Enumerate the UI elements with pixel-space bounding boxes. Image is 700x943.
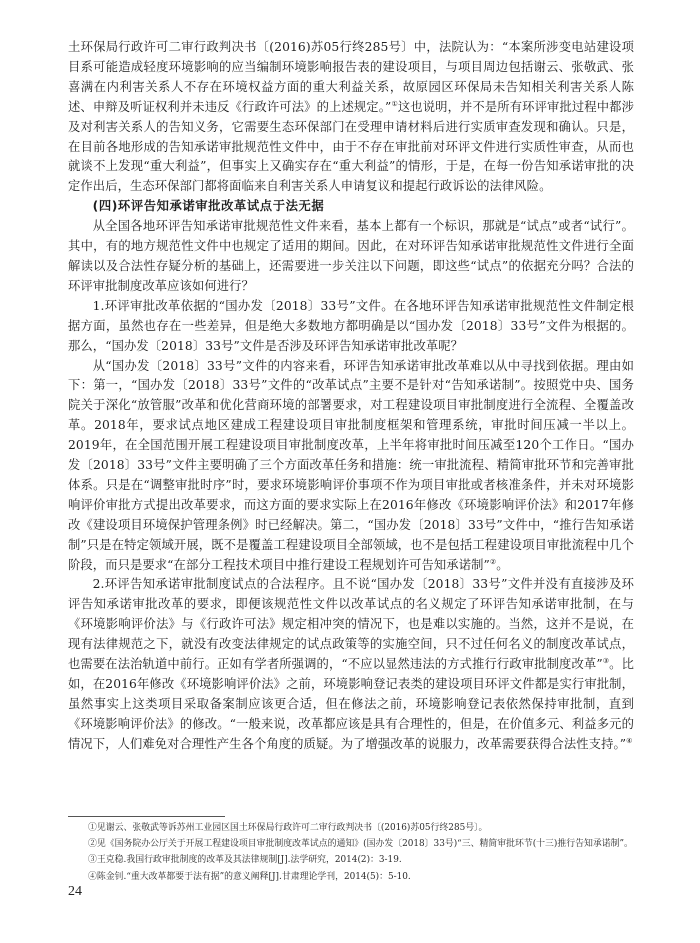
paragraph-text: 2.环评告知承诺审批制度试点的合法程序。且不说“国办发〔2018〕33号”文件并… — [68, 577, 634, 671]
footnote-ref-4[interactable]: ④ — [626, 737, 632, 745]
section-heading: (四)环评告知承诺审批改革试点于法无据 — [68, 197, 634, 217]
article-body: 土环保局行政许可二审行政判决书〔(2016)苏05行终285号〕中，法院认为：“… — [68, 38, 634, 755]
footnote-4: ④陈金钊.“重大改革都要于法有据”的意义阐释[J].甘肃理论学刊，2014(5)… — [88, 869, 638, 885]
paragraph-continuation: 土环保局行政许可二审行政判决书〔(2016)苏05行终285号〕中，法院认为：“… — [68, 38, 634, 197]
paragraph: 1.环评审批改革依据的“国办发〔2018〕33号”文件。在各地环评告知承诺审批规… — [68, 297, 634, 357]
paragraph: 从全国各地环评告知承诺审批规范性文件来看，基本上都有一个标识，那就是“试点”或者… — [68, 217, 634, 297]
footnote-2: ②见《国务院办公厅关于开展工程建设项目审批制度改革试点的通知》(国办发〔2018… — [88, 836, 638, 852]
paragraph: 2.环评告知承诺审批制度试点的合法程序。且不说“国办发〔2018〕33号”文件并… — [68, 575, 634, 754]
footnote-3: ③王克稳.我国行政审批制度的改革及其法律规制[J].法学研究，2014(2)：3… — [88, 852, 638, 868]
footnotes: ①见谢云、张敬武等诉苏州工业园区国土环保局行政许可二审行政判决书〔(2016)苏… — [88, 820, 638, 885]
paragraph-text: 。比如，在2016年修改《环境影响评价法》之前，环境影响登记表类的建设项目环评文… — [68, 657, 634, 751]
paragraph-text: 从“国办发〔2018〕33号”文件的内容来看，环评告知承诺审批改革难以从中寻找到… — [68, 359, 634, 572]
page-number: 24 — [68, 884, 82, 900]
paragraph-text: 。 — [496, 558, 508, 572]
footnote-1: ①见谢云、张敬武等诉苏州工业园区国土环保局行政许可二审行政判决书〔(2016)苏… — [88, 820, 638, 836]
paragraph: 从“国办发〔2018〕33号”文件的内容来看，环评告知承诺审批改革难以从中寻找到… — [68, 357, 634, 576]
footnote-divider — [68, 816, 225, 817]
